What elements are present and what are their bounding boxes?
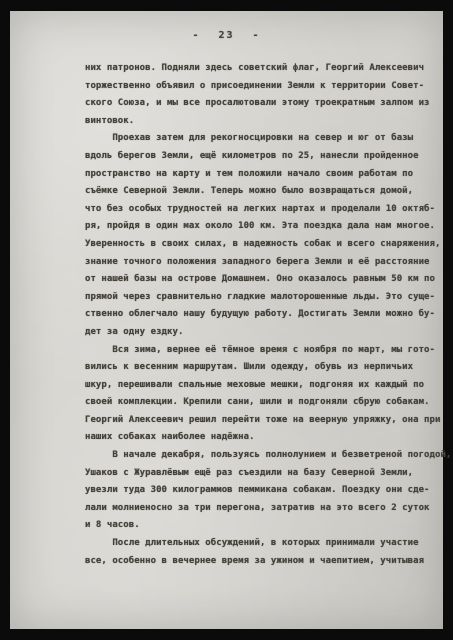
text-line: и 8 часов. xyxy=(85,517,437,535)
text-line: ского Союза, и мы все просалютовали этом… xyxy=(85,95,437,113)
text-line: ственно облегчало нашу будущую работу. Д… xyxy=(85,306,437,324)
document-page: - 23 - них патронов. Подняли здесь совет… xyxy=(10,11,443,629)
typewritten-text-block: них патронов. Подняли здесь советский фл… xyxy=(85,60,437,570)
text-line: увезли туда 300 килограммов пеммикана со… xyxy=(85,482,437,500)
text-line: своей комплекции. Крепили сани, шили и п… xyxy=(85,394,437,412)
text-line: прямой через сравнительно гладкие малото… xyxy=(85,289,437,307)
text-line: Вся зима, вернее её тёмное время с ноябр… xyxy=(85,342,437,360)
text-line: Уверенность в своих силах, в надежность … xyxy=(85,236,437,254)
text-line: Проехав затем для рекогносцировки на сев… xyxy=(85,130,437,148)
text-line: винтовок. xyxy=(85,113,437,131)
text-line: от нашей базы на острове Домашнем. Оно о… xyxy=(85,271,437,289)
text-line: Георгий Алексеевич решил перейти тоже на… xyxy=(85,412,437,430)
text-line: все, особенно в вечернее время за ужином… xyxy=(85,553,437,571)
text-line: вились к весенним маршрутам. Шили одежду… xyxy=(85,359,437,377)
text-line: что без особых трудностей на легких нарт… xyxy=(85,201,437,219)
text-line: шкур, перешивали спальные меховые мешки,… xyxy=(85,377,437,395)
text-line: В начале декабря, пользуясь полнолунием … xyxy=(85,447,437,465)
text-line: вдоль берегов Земли, ещё километров по 2… xyxy=(85,148,437,166)
text-line: наших собаках наиболее надёжна. xyxy=(85,429,437,447)
photo-border: - 23 - них патронов. Подняли здесь совет… xyxy=(0,0,453,640)
text-line: Ушаков с Журавлёвым ещё раз съездили на … xyxy=(85,465,437,483)
text-line: съёмке Северной Земли. Теперь можно было… xyxy=(85,183,437,201)
text-line: лали молниеносно за три перегона, затрат… xyxy=(85,500,437,518)
text-line: ря, пройдя в один мах около 100 км. Эта … xyxy=(85,218,437,236)
text-line: дет за одну ездку. xyxy=(85,324,437,342)
text-line: торжественно объявил о присоединении Зем… xyxy=(85,78,437,96)
page-number: - 23 - xyxy=(10,30,443,41)
text-line: знание точного положения западного берег… xyxy=(85,254,437,272)
text-line: них патронов. Подняли здесь советский фл… xyxy=(85,60,437,78)
text-line: После длительных обсуждений, в которых п… xyxy=(85,535,437,553)
text-line: пространство на карту и тем положили нач… xyxy=(85,166,437,184)
